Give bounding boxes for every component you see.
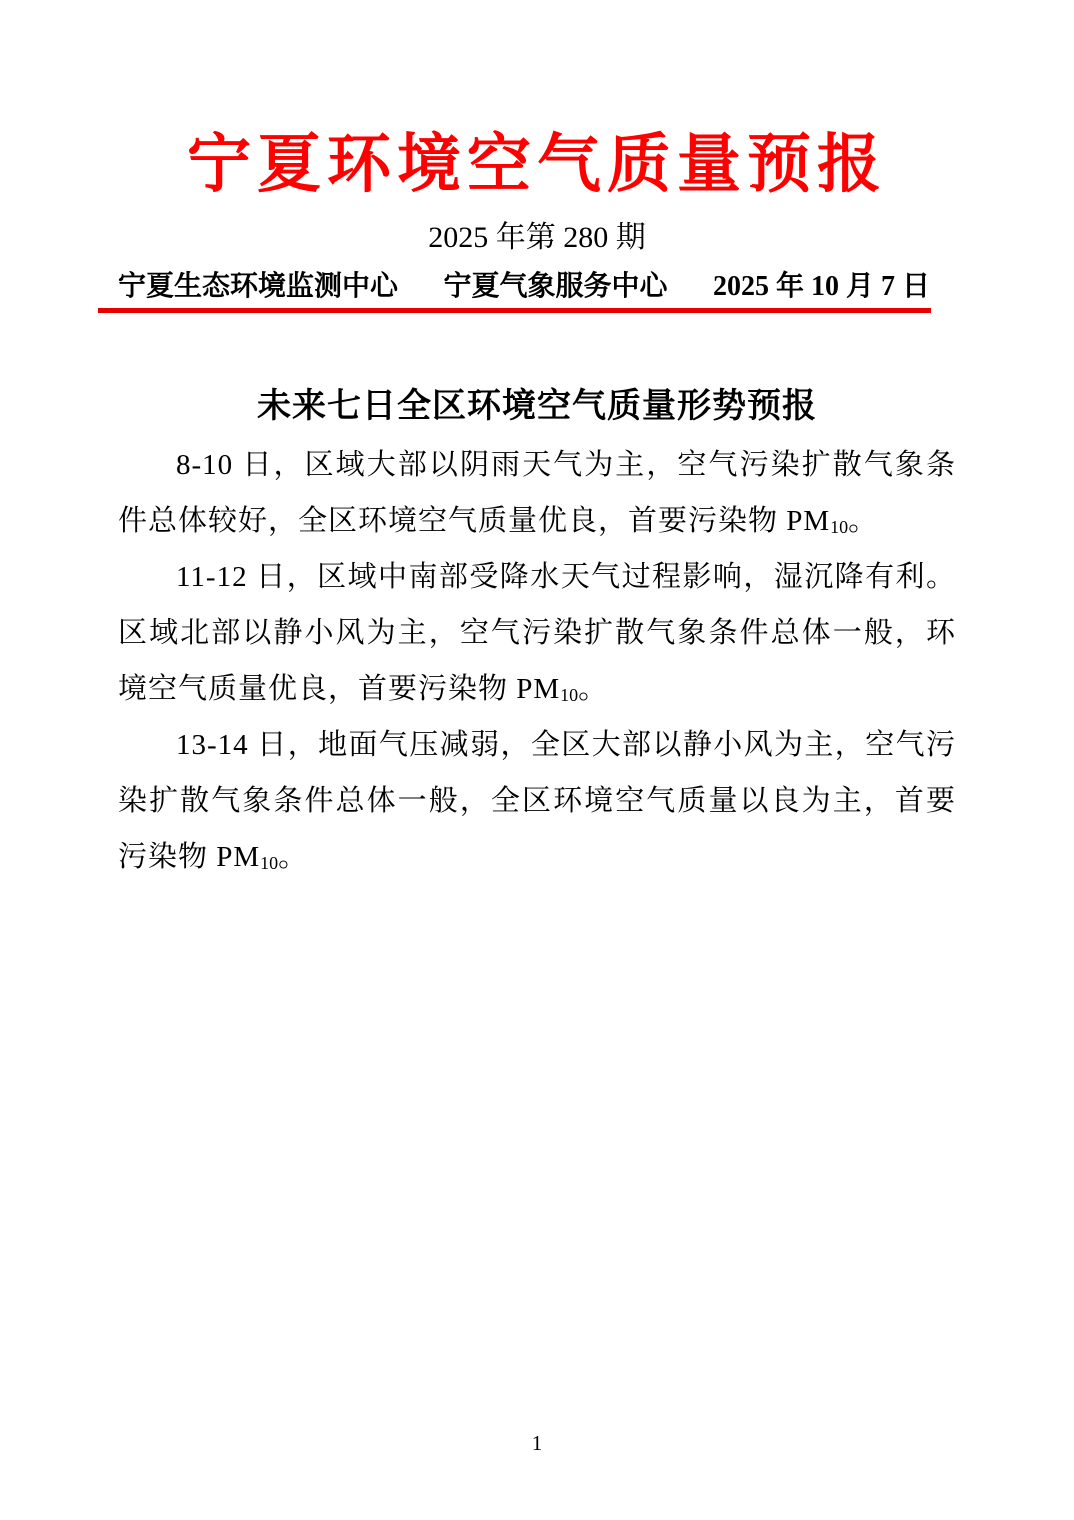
org-meteorological-center: 宁夏气象服务中心	[443, 270, 667, 304]
red-divider-rule	[98, 308, 931, 313]
org-monitoring-center: 宁夏生态环境监测中心	[118, 270, 398, 304]
document-page: 宁夏环境空气质量预报 2025 年第 280 期 宁夏生态环境监测中心 宁夏气象…	[0, 0, 1074, 1520]
section-heading: 未来七日全区环境空气质量形势预报	[118, 385, 956, 427]
paragraph-text: 11-12 日，区域中南部受降水天气过程影响，湿沉降有利。区域北部以静小风为主，…	[118, 561, 956, 705]
forecast-paragraph: 13-14 日，地面气压减弱，全区大部以静小风为主，空气污染扩散气象条件总体一般…	[118, 717, 956, 885]
issue-date: 2025 年 10 月 7 日	[713, 270, 930, 304]
paragraph-text: 。	[848, 505, 878, 537]
forecast-paragraph: 11-12 日，区域中南部受降水天气过程影响，湿沉降有利。区域北部以静小风为主，…	[118, 549, 956, 717]
document-title: 宁夏环境空气质量预报	[118, 0, 956, 204]
paragraph-text: 13-14 日，地面气压减弱，全区大部以静小风为主，空气污染扩散气象条件总体一般…	[118, 729, 956, 873]
paragraph-text: 。	[278, 841, 308, 873]
issue-number: 2025 年第 280 期	[118, 220, 956, 256]
forecast-paragraph: 8-10 日，区域大部以阴雨天气为主，空气污染扩散气象条件总体较好，全区环境空气…	[118, 437, 956, 549]
forecast-paragraphs: 8-10 日，区域大部以阴雨天气为主，空气污染扩散气象条件总体较好，全区环境空气…	[118, 437, 956, 885]
org-date-line: 宁夏生态环境监测中心 宁夏气象服务中心 2025 年 10 月 7 日	[118, 270, 930, 304]
pollutant-subscript: 10	[260, 853, 278, 873]
page-number: 1	[0, 1430, 1074, 1456]
pollutant-subscript: 10	[560, 685, 578, 705]
pollutant-subscript: 10	[830, 517, 848, 537]
paragraph-text: 。	[578, 673, 608, 705]
